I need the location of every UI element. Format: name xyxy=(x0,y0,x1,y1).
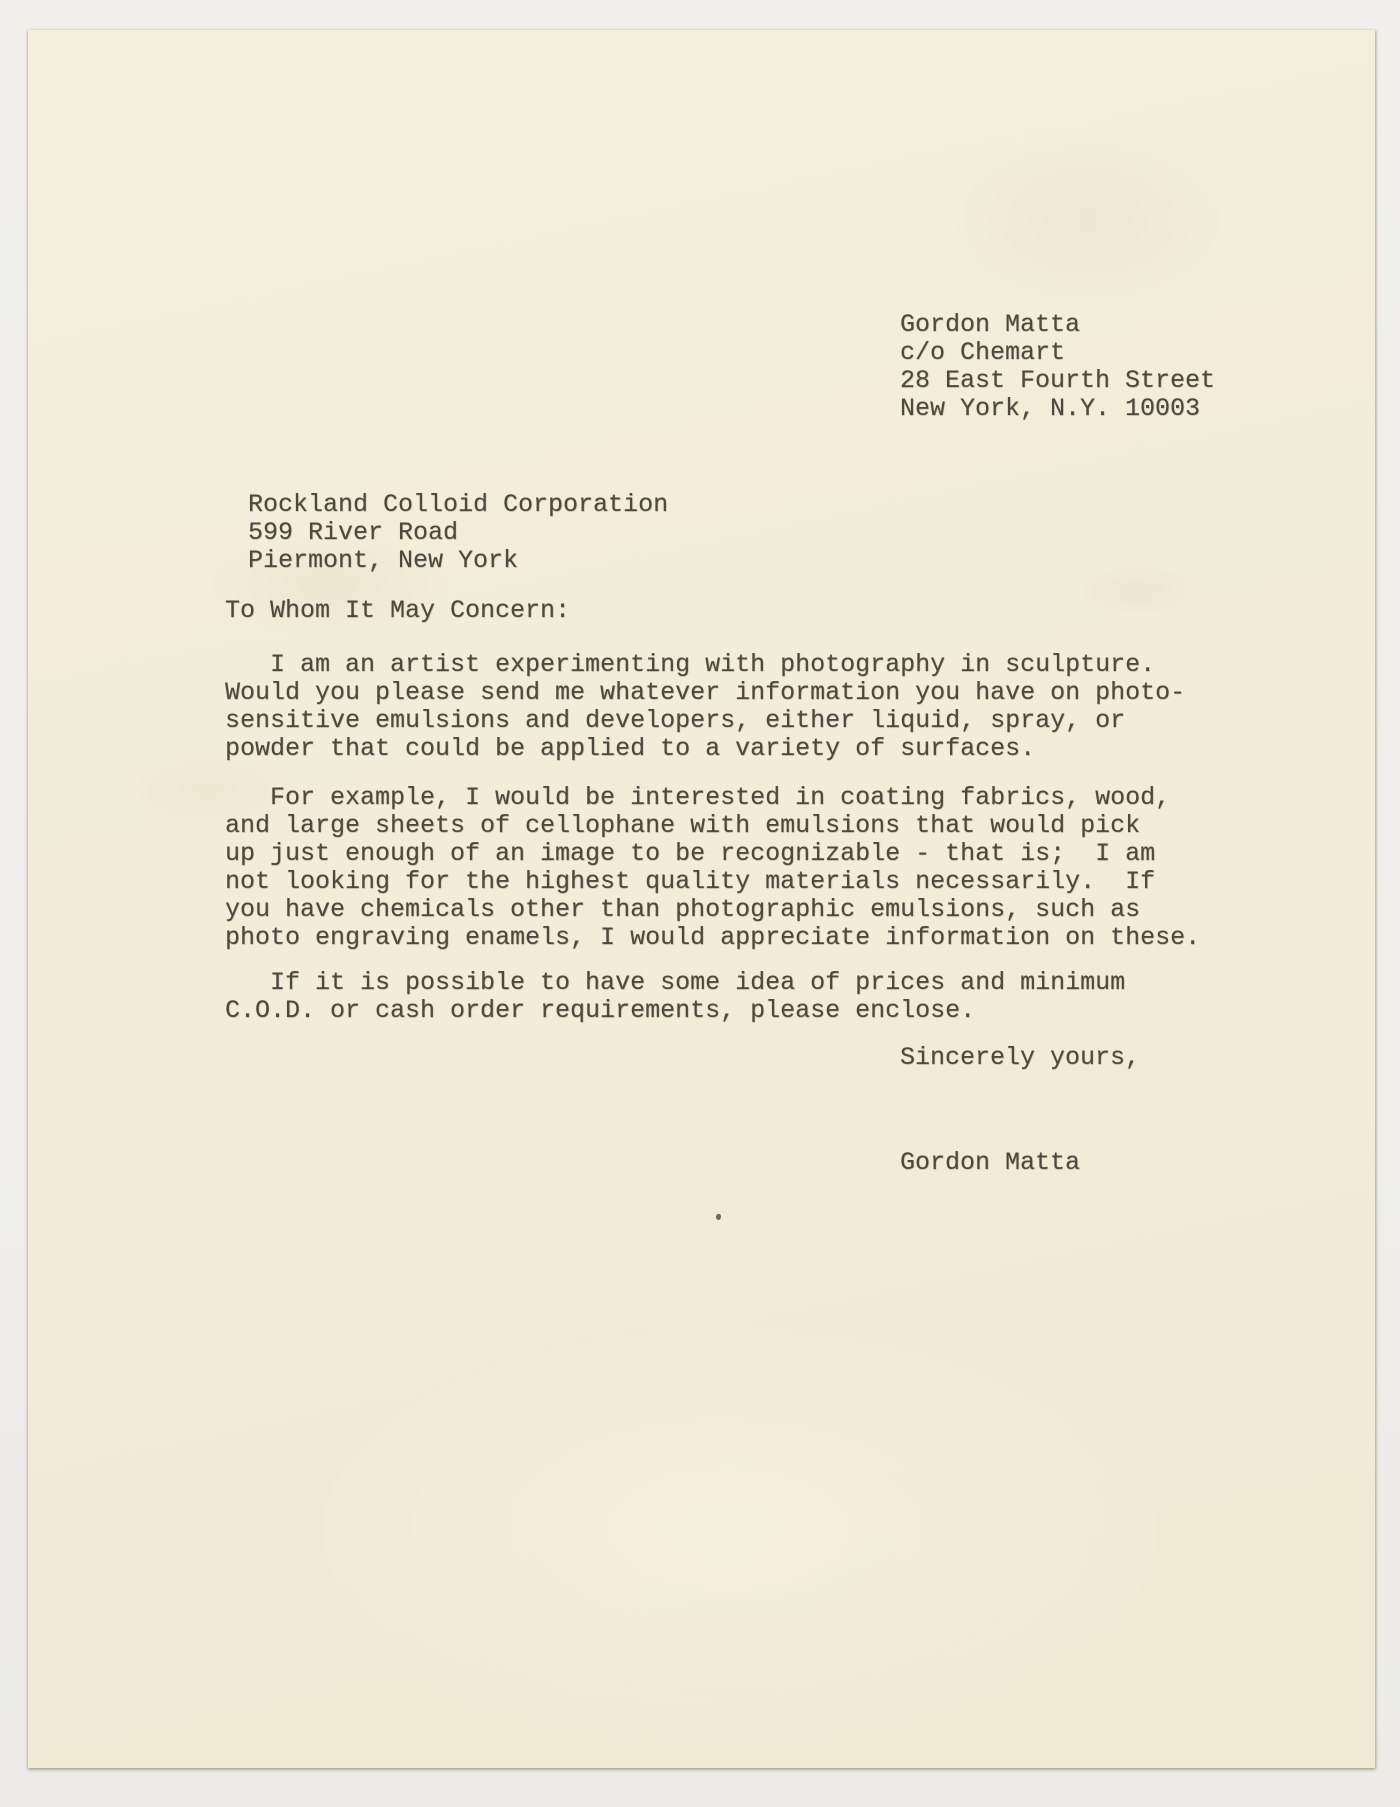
paragraph-line: C.O.D. or cash order requirements, pleas… xyxy=(225,997,1125,1025)
paragraph-line: Would you please send me whatever inform… xyxy=(225,679,1185,707)
paragraph-3: If it is possible to have some idea of p… xyxy=(225,969,1125,1025)
paragraph-line: I am an artist experimenting with photog… xyxy=(225,651,1185,679)
salutation-line: To Whom It May Concern: xyxy=(225,597,570,625)
closing: Sincerely yours, xyxy=(900,1044,1140,1072)
paragraph-line: up just enough of an image to be recogni… xyxy=(225,840,1200,868)
recipient-address-block: Rockland Colloid Corporation 599 River R… xyxy=(248,491,668,575)
signature: Gordon Matta xyxy=(900,1149,1080,1177)
paragraph-line: you have chemicals other than photograph… xyxy=(225,896,1200,924)
paragraph-line: sensitive emulsions and developers, eith… xyxy=(225,707,1185,735)
letter-page: Gordon Matta c/o Chemart 28 East Fourth … xyxy=(28,30,1375,1768)
recipient-company: Rockland Colloid Corporation xyxy=(248,491,668,519)
sender-city-zip: New York, N.Y. 10003 xyxy=(900,395,1215,423)
signature-name: Gordon Matta xyxy=(900,1149,1080,1177)
closing-line: Sincerely yours, xyxy=(900,1044,1140,1072)
paragraph-line: For example, I would be interested in co… xyxy=(225,784,1200,812)
scan-background: Gordon Matta c/o Chemart 28 East Fourth … xyxy=(0,0,1400,1807)
paragraph-line: and large sheets of cellophane with emul… xyxy=(225,812,1200,840)
paragraph-line: If it is possible to have some idea of p… xyxy=(225,969,1125,997)
paragraph-line: powder that could be applied to a variet… xyxy=(225,735,1185,763)
paragraph-2: For example, I would be interested in co… xyxy=(225,784,1200,952)
recipient-city: Piermont, New York xyxy=(248,547,668,575)
sender-name: Gordon Matta xyxy=(900,311,1215,339)
salutation: To Whom It May Concern: xyxy=(225,597,570,625)
recipient-street: 599 River Road xyxy=(248,519,668,547)
paper-speck xyxy=(716,1214,721,1220)
paragraph-line: not looking for the highest quality mate… xyxy=(225,868,1200,896)
sender-address-block: Gordon Matta c/o Chemart 28 East Fourth … xyxy=(900,311,1215,423)
sender-care-of: c/o Chemart xyxy=(900,339,1215,367)
sender-street: 28 East Fourth Street xyxy=(900,367,1215,395)
paragraph-line: photo engraving enamels, I would appreci… xyxy=(225,924,1200,952)
paragraph-1: I am an artist experimenting with photog… xyxy=(225,651,1185,763)
